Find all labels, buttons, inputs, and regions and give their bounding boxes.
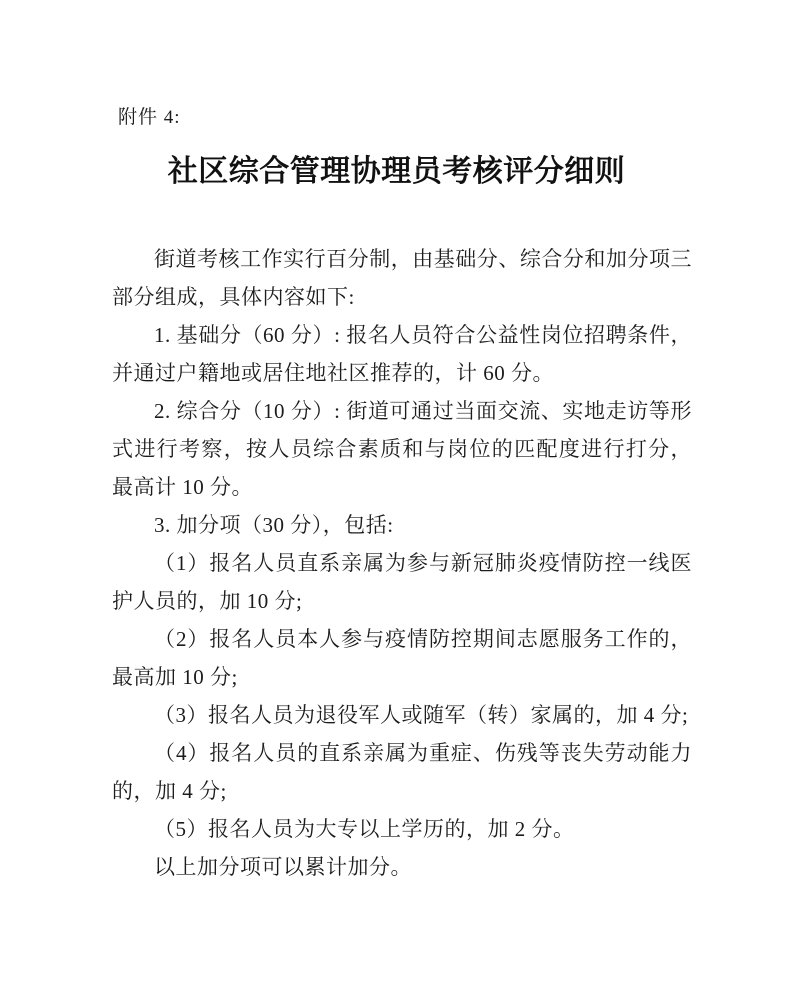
paragraph-bonus-note: 以上加分项可以累计加分。 [112,848,692,886]
attachment-label: 附件 4: [118,102,181,129]
paragraph-bonus-item-1: （1）报名人员直系亲属为参与新冠肺炎疫情防控一线医护人员的，加 10 分; [112,544,692,620]
paragraph-bonus-items-header: 3. 加分项（30 分），包括: [112,506,692,544]
paragraph-bonus-item-3: （3）报名人员为退役军人或随军（转）家属的，加 4 分; [112,696,692,734]
document-title: 社区综合管理协理员考核评分细则 [0,146,793,190]
paragraph-basic-score: 1. 基础分（60 分）: 报名人员符合公益性岗位招聘条件，并通过户籍地或居住地… [112,316,692,392]
paragraph-comprehensive-score: 2. 综合分（10 分）: 街道可通过当面交流、实地走访等形式进行考察，按人员综… [112,392,692,506]
paragraph-bonus-item-5: （5）报名人员为大专以上学历的，加 2 分。 [112,810,692,848]
paragraph-intro: 街道考核工作实行百分制，由基础分、综合分和加分项三部分组成，具体内容如下: [112,240,692,316]
paragraph-bonus-item-2: （2）报名人员本人参与疫情防控期间志愿服务工作的，最高加 10 分; [112,620,692,696]
document-page: 附件 4: 社区综合管理协理员考核评分细则 街道考核工作实行百分制，由基础分、综… [0,0,793,1003]
paragraph-bonus-item-4: （4）报名人员的直系亲属为重症、伤残等丧失劳动能力的，加 4 分; [112,734,692,810]
document-body: 街道考核工作实行百分制，由基础分、综合分和加分项三部分组成，具体内容如下: 1.… [112,240,692,886]
